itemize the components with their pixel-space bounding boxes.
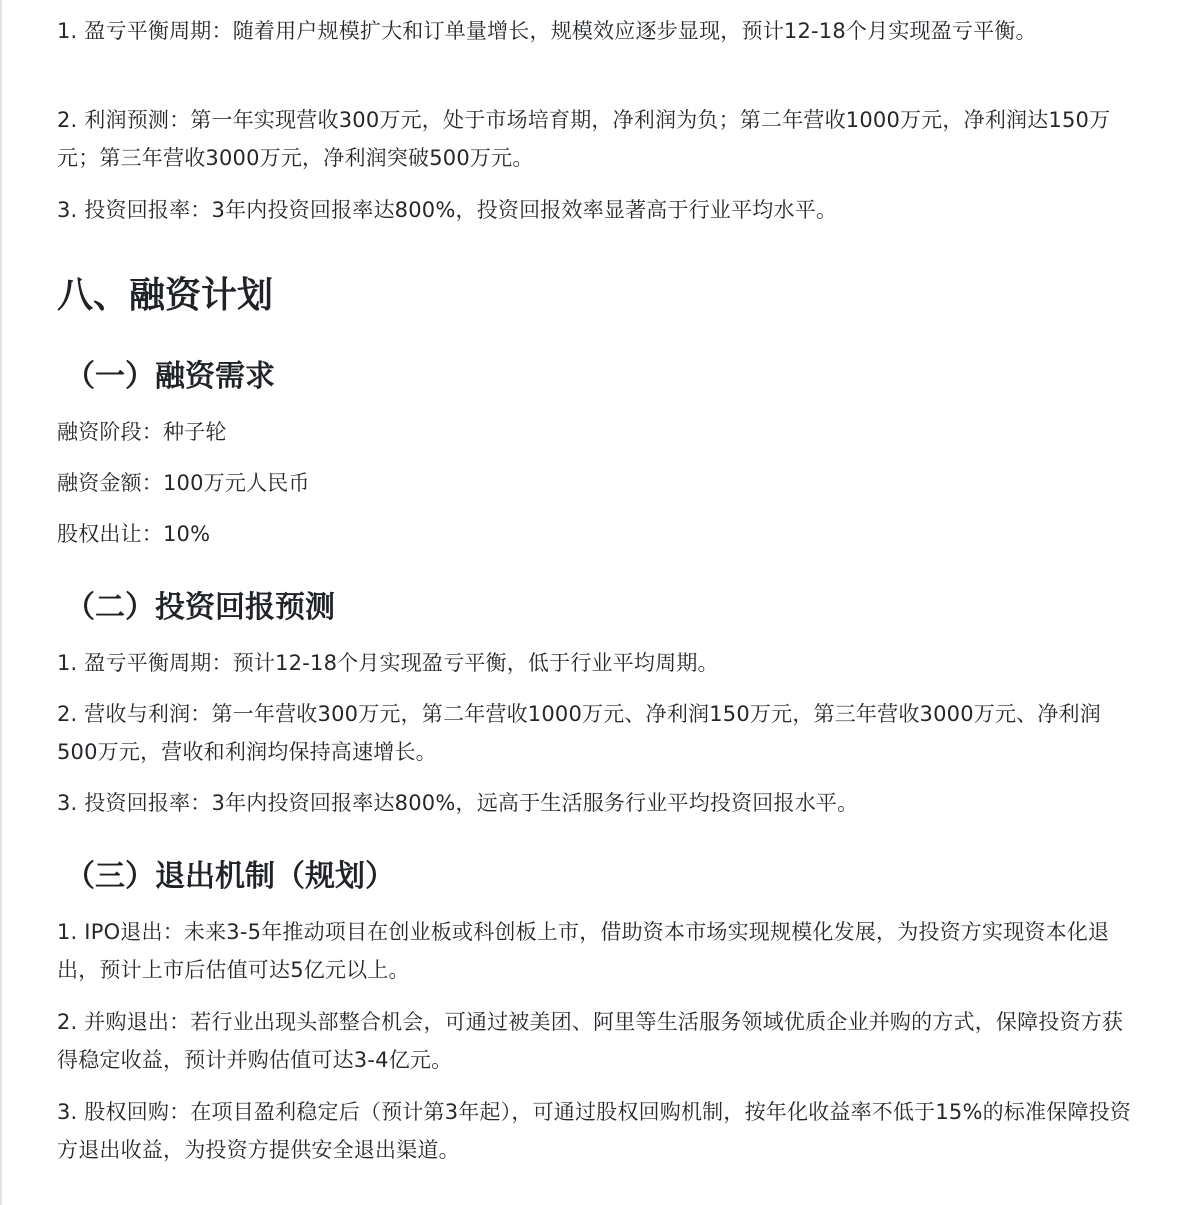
list-item: 2. 营收与利润：第一年营收300万元，第二年营收1000万元、净利润150万元…	[57, 695, 1137, 771]
subsection-title-exit-mechanism: （三）退出机制（规划）	[65, 855, 1137, 899]
list-item: 2. 并购退出：若行业出现头部整合机会，可通过被美团、阿里等生活服务领域优质企业…	[57, 1003, 1137, 1079]
list-item: 1. 盈亏平衡周期：预计12-18个月实现盈亏平衡，低于行业平均周期。	[57, 644, 1137, 682]
section-title: 八、融资计划	[57, 271, 1137, 321]
list-item: 3. 股权回购：在项目盈利稳定后（预计第3年起），可通过股权回购机制，按年化收益…	[57, 1093, 1137, 1169]
list-item: 1. 盈亏平衡周期：随着用户规模扩大和订单量增长，规模效应逐步显现，预计12-1…	[57, 12, 1137, 50]
subsection-title-return-forecast: （二）投资回报预测	[65, 586, 1137, 630]
funding-amount: 融资金额：100万元人民币	[57, 464, 1137, 502]
subsection-title-funding-needs: （一）融资需求	[65, 355, 1137, 399]
list-item: 3. 投资回报率：3年内投资回报率达800%，远高于生活服务行业平均投资回报水平…	[57, 784, 1137, 822]
funding-stage: 融资阶段：种子轮	[57, 413, 1137, 451]
profit-breakeven-text: 1. 盈亏平衡周期：随着用户规模扩大和订单量增长，规模效应逐步显现，预计12-1…	[57, 12, 1137, 50]
list-item: 1. IPO退出：未来3-5年推动项目在创业板或科创板上市，借助资本市场实现规模…	[57, 913, 1137, 989]
list-item: 2. 利润预测：第一年实现营收300万元，处于市场培育期，净利润为负；第二年营收…	[57, 101, 1137, 177]
equity-offered: 股权出让：10%	[57, 515, 1137, 553]
roi-text: 3. 投资回报率：3年内投资回报率达800%，投资回报效率显著高于行业平均水平。	[57, 191, 1137, 229]
profit-forecast-text: 2. 利润预测：第一年实现营收300万元，处于市场培育期，净利润为负；第二年营收…	[57, 101, 1137, 177]
list-item: 3. 投资回报率：3年内投资回报率达800%，投资回报效率显著高于行业平均水平。	[57, 191, 1137, 229]
page-left-border	[0, 0, 2, 1205]
